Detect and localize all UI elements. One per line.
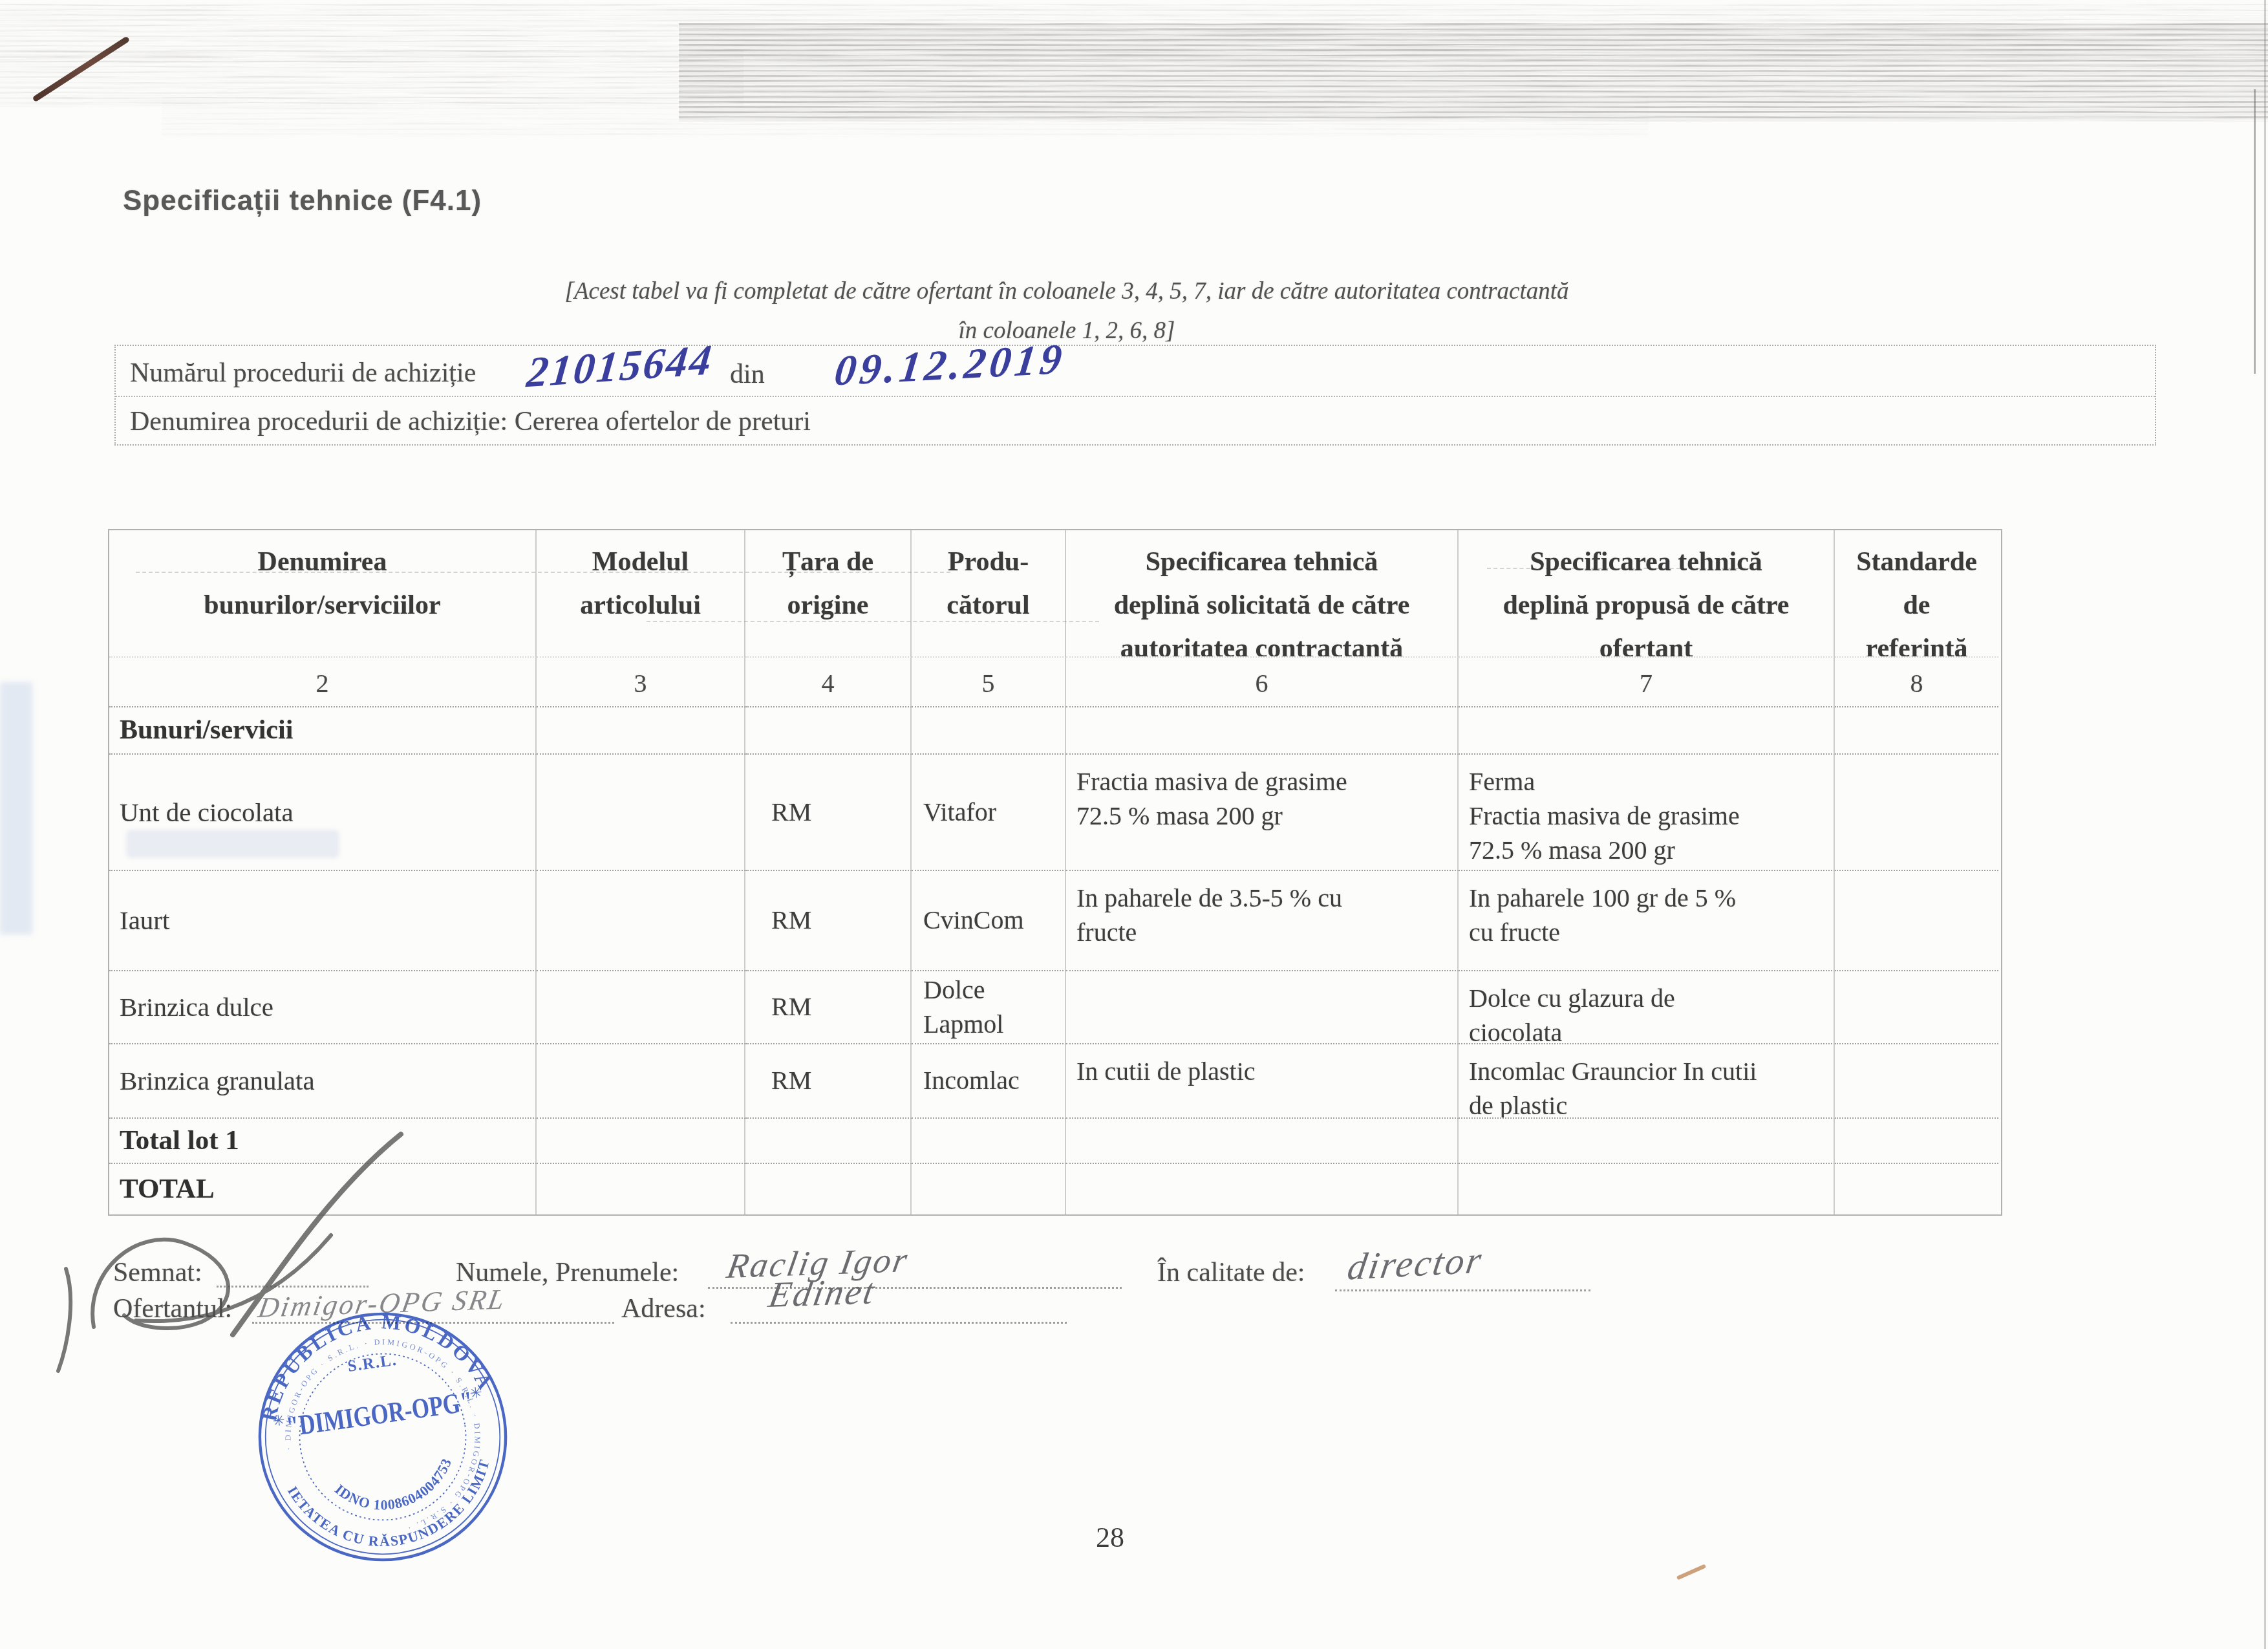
col-number: 5: [912, 658, 1066, 707]
table-cell-empty: [1066, 1119, 1459, 1164]
calitate-underline: [1335, 1289, 1590, 1291]
procedure-info-box: Numărul procedurii de achiziție 21015644…: [114, 345, 2156, 446]
row-producer: CvinCom: [912, 871, 1066, 971]
table-cell-empty: [1066, 707, 1459, 755]
table-cell-empty: [745, 1164, 912, 1214]
table-cell-empty: [912, 707, 1066, 755]
procedure-name-label: Denumirea procedurii de achiziție: Cerer…: [130, 406, 811, 437]
row-spec-requested: Fractia masiva de grasime 72.5 % masa 20…: [1066, 755, 1459, 871]
col-header-producatorul: Produ- cătorul: [912, 530, 1066, 658]
stamp-company-name: "DIMIGOR-OPG": [284, 1385, 475, 1443]
scan-noise-band-faint: [162, 97, 1649, 137]
table-cell-empty: [1835, 707, 1998, 755]
col-header-denumirea: Denumirea bunurilor/serviciilor: [109, 530, 537, 658]
procedure-number-label: Numărul procedurii de achiziție: [130, 358, 476, 389]
row-origin: RM: [745, 755, 912, 871]
adresa-handwritten: Edinet: [765, 1271, 879, 1316]
scan-line-artifact: [2254, 89, 2256, 374]
row-spec-offered: Ferma Fractia masiva de grasime 72.5 % m…: [1459, 755, 1835, 871]
company-stamp-art: REPUBLICA MOLDOVA SOCIETATEA CU RĂSPUNDE…: [241, 1295, 522, 1579]
table-cell-empty: [537, 707, 745, 755]
ink-speck-artifact: [1676, 1564, 1706, 1580]
page-title: Specificații tehnice (F4.1): [123, 185, 482, 217]
bleed-artifact-left: [0, 682, 32, 934]
row-name: Unt de ciocolata: [109, 755, 537, 871]
row-name: Brinzica dulce: [109, 971, 537, 1044]
table-cell-empty: [537, 1164, 745, 1214]
stamp-bottom-arc-text: SOCIETATEA CU RĂSPUNDERE LIMITATĂ: [241, 1295, 502, 1569]
procedure-name-row: Denumirea procedurii de achiziție: Cerer…: [116, 397, 2155, 444]
row-standards: [1835, 971, 1998, 1044]
row-model: [537, 871, 745, 971]
row-origin: RM: [745, 871, 912, 971]
stamp-srl-text: S.R.L.: [347, 1352, 398, 1375]
row-standards: [1835, 871, 1998, 971]
semnat-label: Semnat:: [113, 1257, 202, 1288]
procedure-number-handwritten: 21015644: [524, 336, 715, 398]
col-number: 6: [1066, 658, 1459, 707]
row-producer: Dolce Lapmol: [912, 971, 1066, 1044]
adresa-label: Adresa:: [621, 1293, 706, 1324]
din-label: din: [730, 359, 765, 390]
table-cell-empty: [745, 1119, 912, 1164]
scanned-document-page: Specificații tehnice (F4.1) [Acest tabel…: [0, 0, 2268, 1649]
row-origin: RM: [745, 1044, 912, 1119]
row-name: Iaurt: [109, 871, 537, 971]
note-line-1: [Acest tabel va fi completat de către of…: [291, 272, 1843, 311]
row-model: [537, 755, 745, 871]
col-header-standarde: Standarde de referință: [1835, 530, 1998, 658]
svg-text:SOCIETATEA CU RĂSPUNDERE LIMIT: SOCIETATEA CU RĂSPUNDERE LIMITATĂ: [241, 1295, 502, 1569]
table-cell-empty: [1459, 1119, 1835, 1164]
row-standards: [1835, 1044, 1998, 1119]
row-spec-offered: Incomlac Grauncior In cutii de plastic: [1459, 1044, 1835, 1119]
col-header-modelul: Modelul articolului: [537, 530, 745, 658]
section-row-label: Bunuri/servicii: [109, 707, 537, 755]
calitate-label: În calitate de:: [1157, 1257, 1305, 1288]
row-spec-offered: Dolce cu glazura de ciocolata: [1459, 971, 1835, 1044]
row-spec-requested: In cutii de plastic: [1066, 1044, 1459, 1119]
row-standards: [1835, 755, 1998, 871]
row-spec-requested: [1066, 971, 1459, 1044]
page-edge-artifact: [2264, 0, 2266, 1649]
row-spec-requested: In paharele de 3.5-5 % cu fructe: [1066, 871, 1459, 971]
col-number: 4: [745, 658, 912, 707]
table-cell-empty: [537, 1119, 745, 1164]
table-cell-empty: [1459, 1164, 1835, 1214]
col-header-spec-propusa: Specificarea tehnică deplină propusă de …: [1459, 530, 1835, 658]
table-cell-empty: [912, 1164, 1066, 1214]
row-model: [537, 1044, 745, 1119]
table-cell-empty: [1459, 707, 1835, 755]
adresa-underline: [731, 1322, 1067, 1324]
row-spec-offered: In paharele 100 gr de 5 % cu fructe: [1459, 871, 1835, 971]
col-number: 8: [1835, 658, 1998, 707]
table-cell-empty: [912, 1119, 1066, 1164]
row-origin: RM: [745, 971, 912, 1044]
ofertantul-label: Ofertantul:: [113, 1293, 232, 1324]
table-cell-empty: [1835, 1119, 1998, 1164]
procedure-number-row: Numărul procedurii de achiziție 21015644…: [116, 346, 2155, 397]
table-cell-empty: [1835, 1164, 1998, 1214]
row-producer: Incomlac: [912, 1044, 1066, 1119]
col-header-tara: Țara de origine: [745, 530, 912, 658]
company-stamp: REPUBLICA MOLDOVA SOCIETATEA CU RĂSPUNDE…: [241, 1295, 525, 1579]
row-producer: Vitafor: [912, 755, 1066, 871]
row-model: [537, 971, 745, 1044]
col-number: 7: [1459, 658, 1835, 707]
table-cell-empty: [745, 707, 912, 755]
page-number: 28: [1096, 1521, 1124, 1554]
stamp-star-left-icon: ✳: [272, 1412, 286, 1429]
col-number: 2: [109, 658, 537, 707]
col-header-spec-solicitata: Specificarea tehnică deplină solicitată …: [1066, 530, 1459, 658]
col-number: 3: [537, 658, 745, 707]
semnat-underline: [217, 1286, 369, 1288]
stamp-star-right-icon: ✳: [469, 1384, 483, 1401]
table-cell-empty: [1066, 1164, 1459, 1214]
calitate-handwritten: director: [1345, 1238, 1486, 1289]
